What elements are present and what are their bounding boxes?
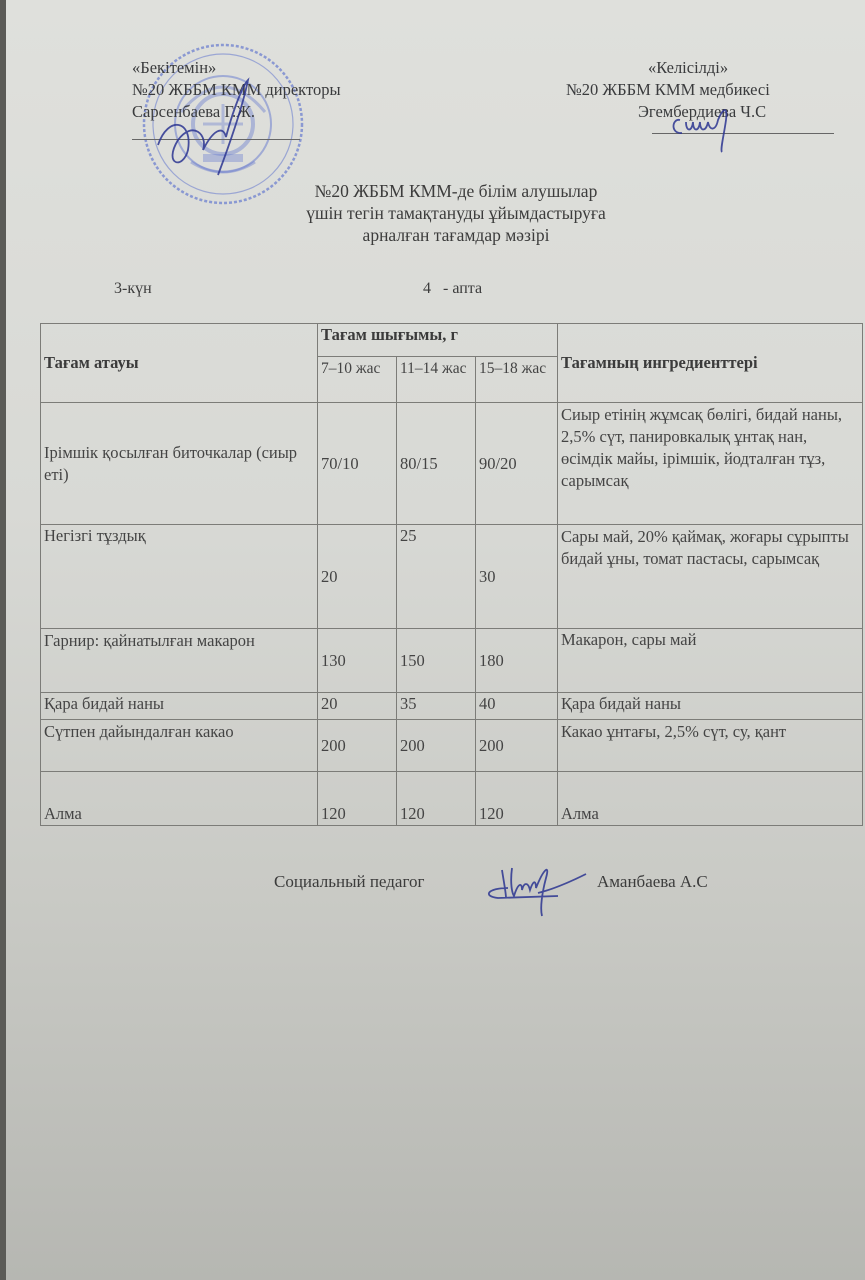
dish-ingredients: Макарон, сары май [558,629,863,693]
dish-name: Гарнир: қайнатылған макарон [41,629,318,693]
header-dish-name: Тағам атауы [41,324,318,403]
dish-ingredients: Алма [558,772,863,826]
output-11-14: 120 [397,772,476,826]
output-7-10: 120 [318,772,397,826]
director-signature-icon [148,75,268,185]
dish-name: Алма [41,772,318,826]
header-age-15-18: 15–18 жас [476,357,558,403]
output-11-14: 25 [397,525,476,629]
dish-name: Сүтпен дайындалған какао [41,720,318,772]
dish-ingredients: Қара бидай наны [558,693,863,720]
agreement-position: №20 ЖББМ КММ медбикесі [566,79,770,101]
output-7-10: 130 [318,629,397,693]
table-row: Гарнир: қайнатылған макарон 130 150 180 … [41,629,863,693]
nurse-signature-icon [666,100,746,155]
day-label: 3-күн [114,280,152,298]
output-11-14: 35 [397,693,476,720]
header-age-7-10: 7–10 жас [318,357,397,403]
output-11-14: 150 [397,629,476,693]
output-15-18: 40 [476,693,558,720]
output-15-18: 90/20 [476,403,558,525]
document-title: №20 ЖББМ КММ-де білім алушылар үшін тегі… [236,180,676,246]
table-row: Қара бидай наны 20 35 40 Қара бидай наны [41,693,863,720]
title-line-2: үшін тегін тамақтануды ұйымдастыруға [236,202,676,224]
output-15-18: 30 [476,525,558,629]
dish-ingredients: Сары май, 20% қаймақ, жоғары сұрыпты бид… [558,525,863,629]
output-15-18: 120 [476,772,558,826]
agreement-heading: «Келісілді» [566,57,770,79]
output-15-18: 180 [476,629,558,693]
table-row: Негізгі тұздық 20 25 30 Сары май, 20% қа… [41,525,863,629]
output-7-10: 20 [318,525,397,629]
title-line-1: №20 ЖББМ КММ-де білім алушылар [236,180,676,202]
dish-name: Негізгі тұздық [41,525,318,629]
header-output-group: Тағам шығымы, г [318,324,558,357]
output-7-10: 20 [318,693,397,720]
dish-ingredients: Сиыр етінің жұмсақ бөлігі, бидай наны, 2… [558,403,863,525]
output-11-14: 200 [397,720,476,772]
footer-role: Социальный педагог [274,872,424,892]
table-row: Сүтпен дайындалған какао 200 200 200 Как… [41,720,863,772]
social-pedagogue-signature-icon [478,858,588,920]
table-row: Алма 120 120 120 Алма [41,772,863,826]
output-7-10: 70/10 [318,403,397,525]
header-ingredients: Тағамның ингредиенттері [558,324,863,403]
week-label: 4 - апта [423,280,482,298]
output-11-14: 80/15 [397,403,476,525]
output-7-10: 200 [318,720,397,772]
table-header-row: Тағам атауы Тағам шығымы, г Тағамның инг… [41,324,863,357]
header-age-11-14: 11–14 жас [397,357,476,403]
footer-name: Аманбаева А.С [597,872,708,892]
dish-name: Қара бидай наны [41,693,318,720]
dish-ingredients: Какао ұнтағы, 2,5% сүт, су, қант [558,720,863,772]
menu-table: Тағам атауы Тағам шығымы, г Тағамның инг… [40,323,863,826]
title-line-3: арналған тағамдар мәзірі [236,224,676,246]
dish-name: Ірімшік қосылған биточкалар (сиыр еті) [41,403,318,525]
output-15-18: 200 [476,720,558,772]
table-row: Ірімшік қосылған биточкалар (сиыр еті) 7… [41,403,863,525]
